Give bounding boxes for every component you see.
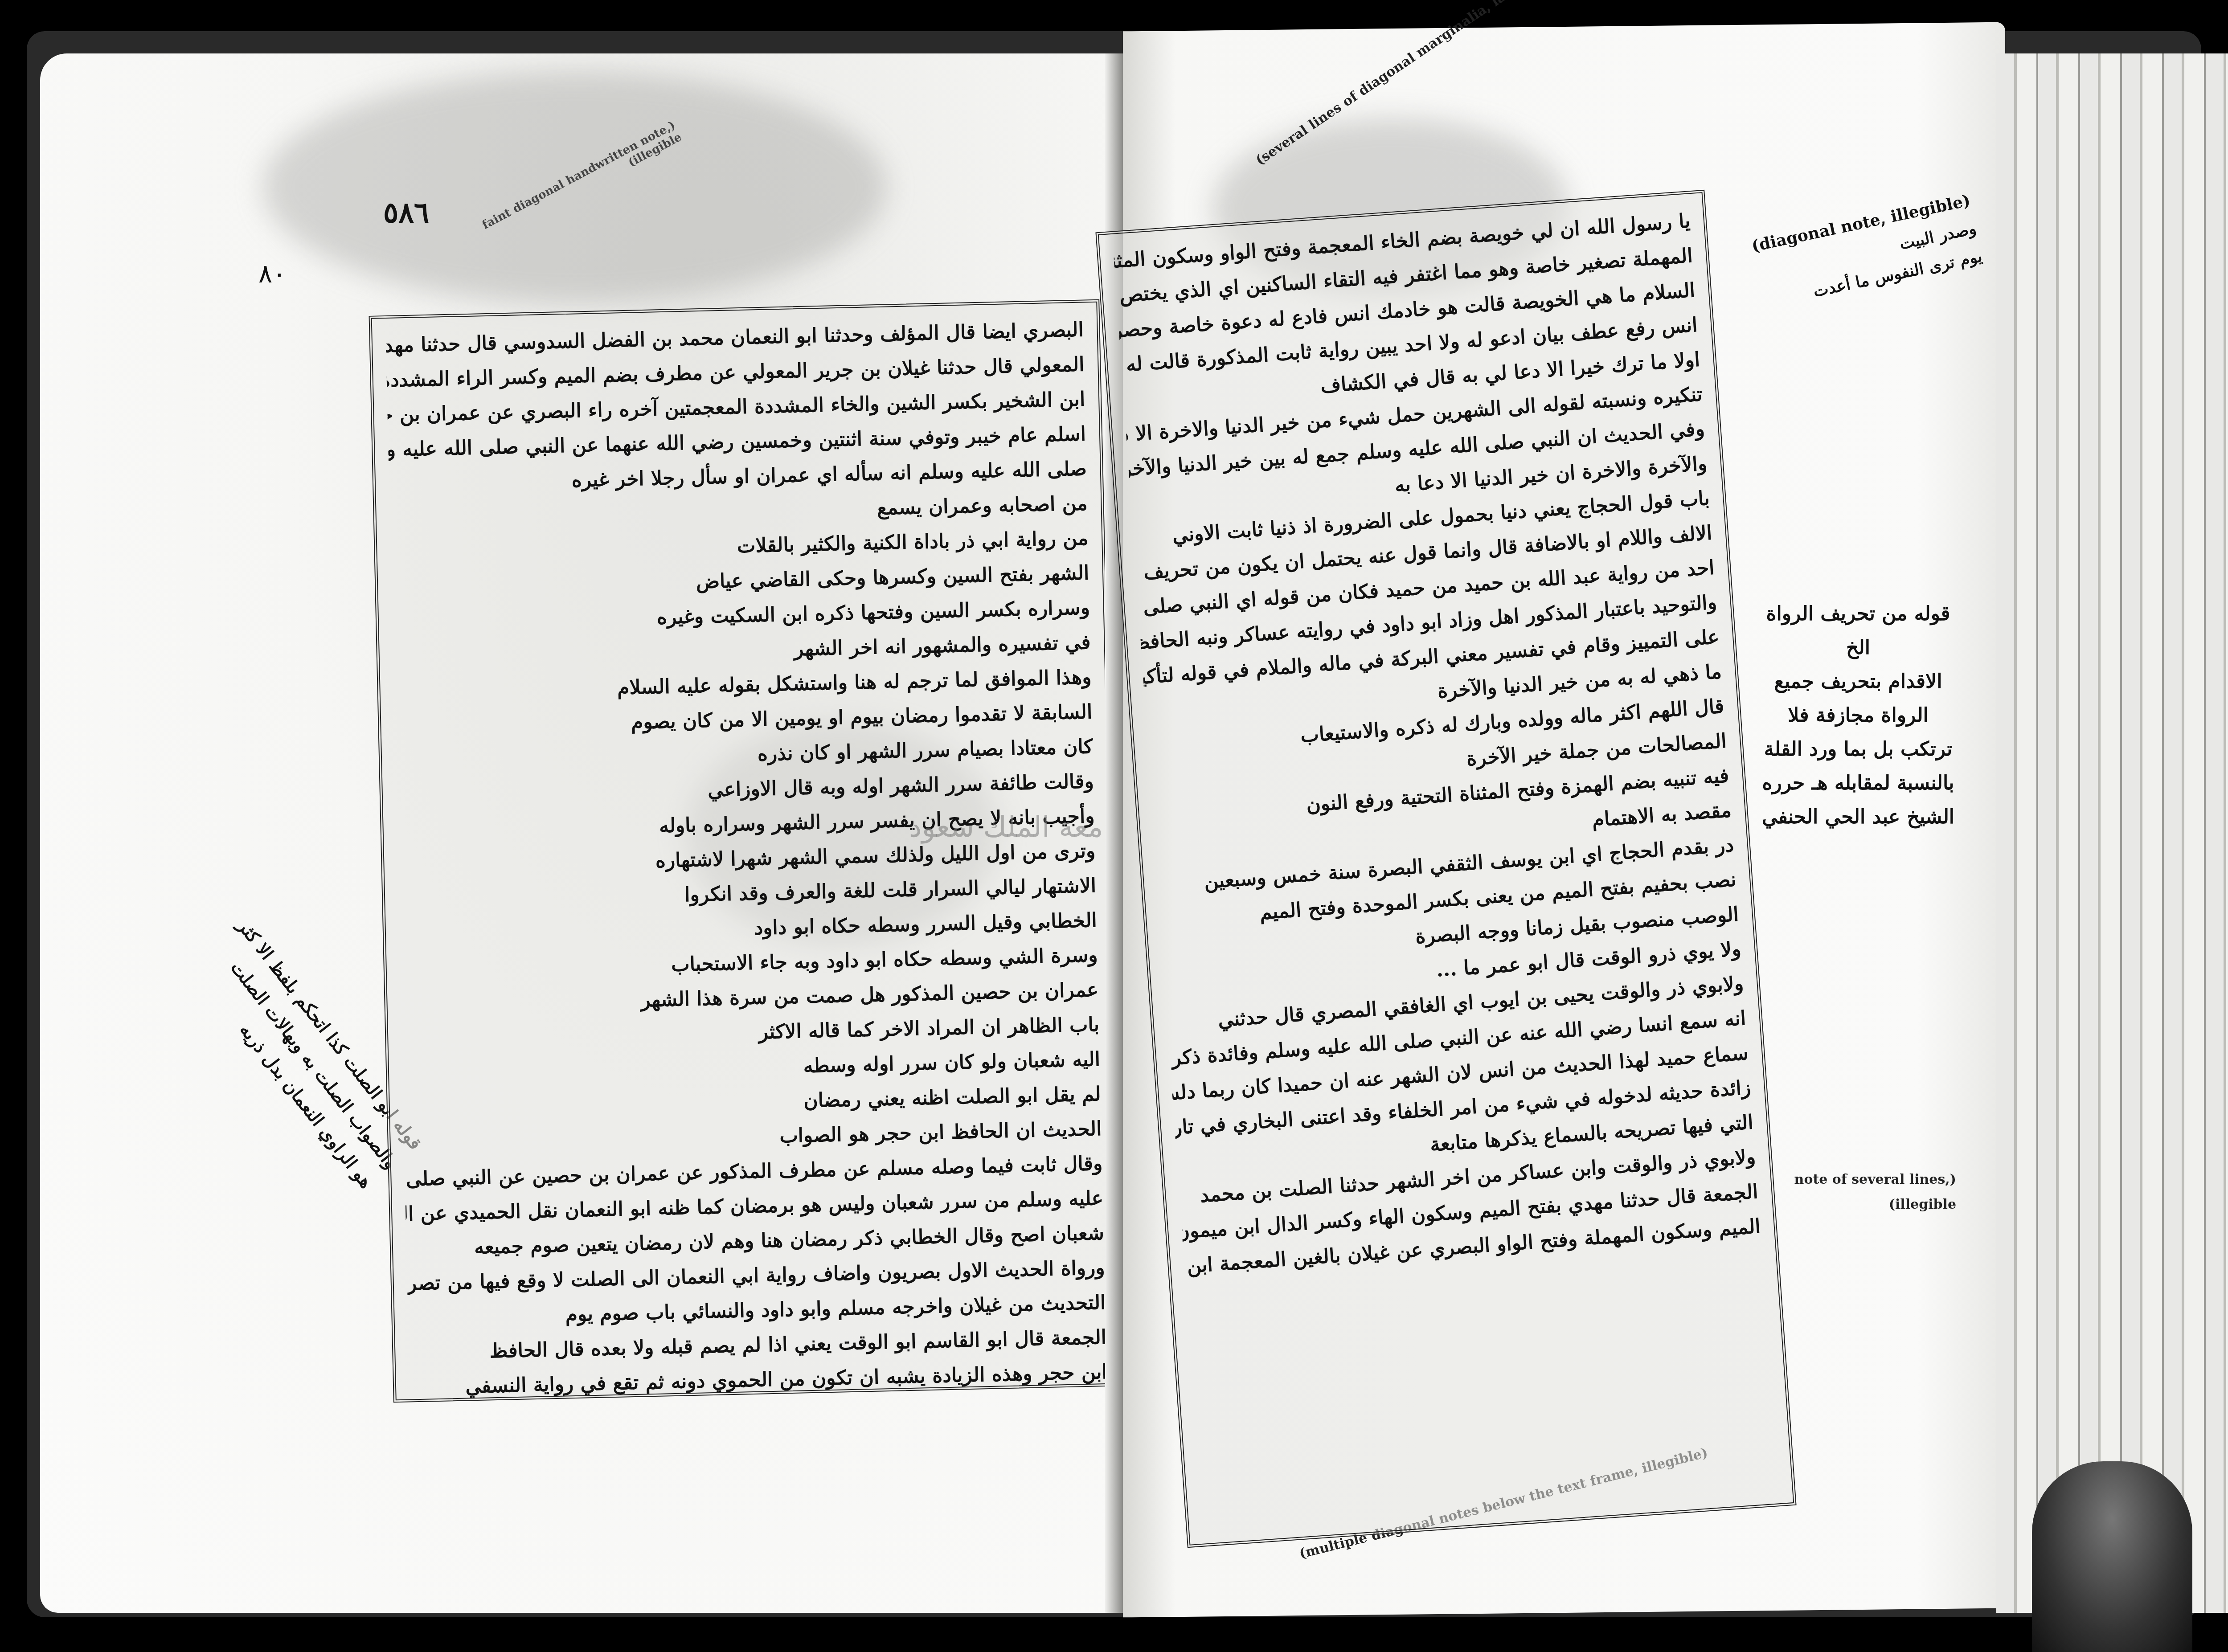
margin-note-right-lower: (note of several lines, illegible) [1760,1167,1956,1217]
holding-thumb [2032,1461,2192,1652]
left-main-text-block: البصري ايضا قال المؤلف وحدثنا ابو النعما… [369,299,1124,1403]
library-watermark: جامعة الملك سعود [909,811,1130,844]
page-edges [1996,53,2228,1613]
right-main-text-block: يا رسول الله ان لي خويصة بضم الخاء المعج… [1095,190,1796,1548]
page-number: ٥٨٦ [383,196,429,229]
margin-note-right-middle: قوله من تحريف الرواة الخ الاقدام بتحريف … [1756,597,1961,834]
folio-mark: ٨٠ [258,258,286,289]
